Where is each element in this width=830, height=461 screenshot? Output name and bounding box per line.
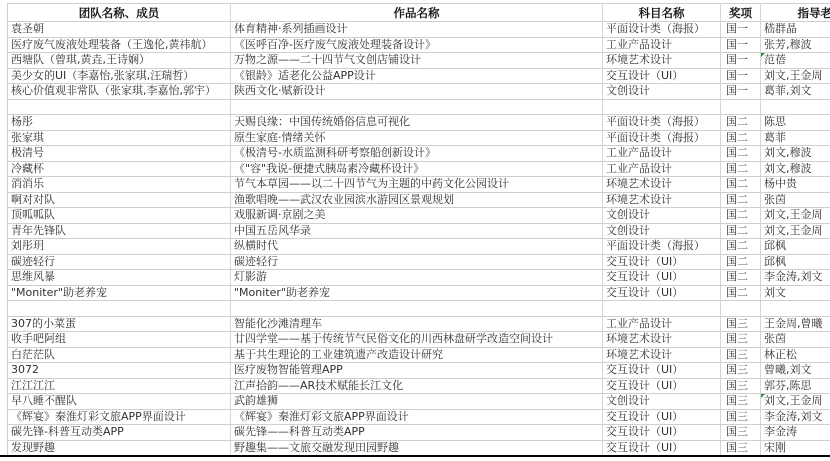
cell-team[interactable]: 冷藏杯 bbox=[8, 161, 231, 177]
spreadsheet-viewport: 团队名称、成员作品名称科目名称奖项指导老师 袁圣朝体育精神·系列插画设计平面设计… bbox=[0, 0, 830, 461]
cell-subject[interactable] bbox=[603, 301, 721, 317]
cell-advisor[interactable]: 范蓓 bbox=[761, 53, 830, 69]
cell-team[interactable]: 啊对对队 bbox=[8, 192, 231, 208]
table-row: 极清号《极清号-水质监测科研考察船创新设计》工业产品设计国二刘文,穆波 bbox=[8, 146, 830, 162]
cell-award[interactable]: 国三 bbox=[721, 394, 761, 410]
table-row: 《辉宴》秦淮灯彩文旅APP界面设计《辉宴》秦淮灯彩文旅APP界面设计交互设计（U… bbox=[8, 409, 830, 425]
cell-award[interactable]: 国一 bbox=[721, 53, 761, 69]
cell-work[interactable]: 廿四学堂——基于传统节气民俗文化的川西林盘研学改造空间设计 bbox=[231, 332, 603, 348]
cell-team[interactable]: 《辉宴》秦淮灯彩文旅APP界面设计 bbox=[8, 409, 231, 425]
cell-award[interactable]: 国二 bbox=[721, 208, 761, 224]
cell-subject[interactable]: 文创设计 bbox=[603, 84, 721, 100]
cell-award[interactable]: 国一 bbox=[721, 37, 761, 53]
cell-advisor[interactable]: 刘文,穆波 bbox=[761, 161, 830, 177]
cell-award[interactable]: 国二 bbox=[721, 192, 761, 208]
cell-advisor[interactable]: 邱枫 bbox=[761, 254, 830, 270]
cell-subject[interactable]: 交互设计（UI） bbox=[603, 254, 721, 270]
cell-subject[interactable]: 平面设计类（海报） bbox=[603, 239, 721, 255]
cell-advisor[interactable] bbox=[761, 99, 830, 115]
table-row: 碳迹轻行碳迹轻行交互设计（UI）国二邱枫 bbox=[8, 254, 830, 270]
cell-team[interactable]: 白茫茫队 bbox=[8, 347, 231, 363]
cell-team[interactable] bbox=[8, 99, 231, 115]
cell-work[interactable] bbox=[231, 301, 603, 317]
cell-award[interactable]: 国二 bbox=[721, 285, 761, 301]
cell-team[interactable]: 收手吧阿组 bbox=[8, 332, 231, 348]
cell-subject[interactable]: 文创设计 bbox=[603, 394, 721, 410]
table-row: 青年先锋队中国五岳风华录文创设计国二刘文,王金周 bbox=[8, 223, 830, 239]
cell-work[interactable]: 万物之源——二十四节气文创店铺设计 bbox=[231, 53, 603, 69]
cell-team[interactable]: "Moniter"助老养宠 bbox=[8, 285, 231, 301]
cell-work[interactable]: 体育精神·系列插画设计 bbox=[231, 22, 603, 38]
cell-advisor[interactable] bbox=[761, 301, 830, 317]
cell-subject[interactable]: 交互设计（UI） bbox=[603, 68, 721, 84]
cell-advisor[interactable]: 郭芬,陈思 bbox=[761, 378, 830, 394]
table-row: 顶呱呱队戏服新调·京剧之美文创设计国二刘文,王金周 bbox=[8, 208, 830, 224]
cell-award[interactable]: 国三 bbox=[721, 409, 761, 425]
cell-advisor[interactable]: 刘文,王金周 bbox=[761, 68, 830, 84]
cell-award[interactable]: 国二 bbox=[721, 161, 761, 177]
table-row: 啊对对队渔歌唱晚——武汉农业园滨水游园区景观规划环境艺术设计国二张茵 bbox=[8, 192, 830, 208]
cell-work[interactable]: 《银龄》适老化公益APP设计 bbox=[231, 68, 603, 84]
cell-work[interactable]: 医疗废物智能管理APP bbox=[231, 363, 603, 379]
cell-work[interactable]: 《医呼百净-医疗废气废液处理装备设计》 bbox=[231, 37, 603, 53]
header-cell-award[interactable]: 奖项 bbox=[721, 4, 761, 22]
table-row: 西塘队（曾琪,黄垚,王诗娴）万物之源——二十四节气文创店铺设计环境艺术设计国一范… bbox=[8, 53, 830, 69]
table-row: 消消乐节气本草园——以二十四节气为主题的中药文化公园设计环境艺术设计国二杨中贵 bbox=[8, 177, 830, 193]
cell-advisor[interactable]: 刘文,穆波 bbox=[761, 146, 830, 162]
cell-subject[interactable]: 交互设计（UI） bbox=[603, 270, 721, 286]
cell-award[interactable]: 国三 bbox=[721, 332, 761, 348]
table-body: 袁圣朝体育精神·系列插画设计平面设计类（海报）国一嵇群晶医疗废气废液处理装备（王… bbox=[8, 22, 830, 456]
table-row: 张家琪原生家庭·情绪关怀平面设计类（海报）国二葛菲 bbox=[8, 130, 830, 146]
cell-advisor[interactable]: 张茵 bbox=[761, 192, 830, 208]
empty-row bbox=[8, 99, 830, 115]
cell-team[interactable]: 碳先锋-科普互动类APP bbox=[8, 425, 231, 441]
cell-team[interactable]: 刘彤玥 bbox=[8, 239, 231, 255]
cell-team[interactable]: 美少女的UI（李嘉怡,张家琪,汪瑞哲） bbox=[8, 68, 231, 84]
cell-team[interactable]: 发现野趣 bbox=[8, 440, 231, 456]
cell-advisor[interactable]: 葛菲 bbox=[761, 130, 830, 146]
cell-advisor[interactable]: 陈思 bbox=[761, 115, 830, 131]
cell-team[interactable]: 张家琪 bbox=[8, 130, 231, 146]
cell-work[interactable]: 野趣集——文旅交融发现田园野趣 bbox=[231, 440, 603, 456]
cell-team[interactable]: 青年先锋队 bbox=[8, 223, 231, 239]
cell-award[interactable]: 国二 bbox=[721, 254, 761, 270]
cell-award[interactable]: 国一 bbox=[721, 84, 761, 100]
table-row: "Moniter"助老养宠"Moniter"助老养宠交互设计（UI）国二刘文 bbox=[8, 285, 830, 301]
cell-advisor[interactable]: 王金周,曾曦 bbox=[761, 316, 830, 332]
cell-subject[interactable]: 工业产品设计 bbox=[603, 37, 721, 53]
cell-team[interactable]: 杨彤 bbox=[8, 115, 231, 131]
cell-subject[interactable]: 环境艺术设计 bbox=[603, 53, 721, 69]
cell-subject[interactable]: 交互设计（UI） bbox=[603, 363, 721, 379]
cell-advisor[interactable]: 张茵 bbox=[761, 332, 830, 348]
cell-award[interactable]: 国三 bbox=[721, 347, 761, 363]
cell-award[interactable]: 国三 bbox=[721, 425, 761, 441]
cell-work[interactable]: "Moniter"助老养宠 bbox=[231, 285, 603, 301]
cell-subject[interactable]: 平面设计类（海报） bbox=[603, 115, 721, 131]
header-cell-advisor[interactable]: 指导老师 bbox=[761, 4, 830, 22]
table-row: 核心价值观非常队（张家琪,李嘉怡,郭宇）陕西文化·赋新设计文创设计国一葛菲,刘文 bbox=[8, 84, 830, 100]
bottom-border-line bbox=[0, 455, 830, 457]
table-row: 307的小菜蛋智能化沙滩清理车工业产品设计国三王金周,曾曦 bbox=[8, 316, 830, 332]
cell-team[interactable]: 顶呱呱队 bbox=[8, 208, 231, 224]
cell-work[interactable]: 渔歌唱晚——武汉农业园滨水游园区景观规划 bbox=[231, 192, 603, 208]
cell-work[interactable]: 武韵雄狮 bbox=[231, 394, 603, 410]
cell-subject[interactable]: 交互设计（UI） bbox=[603, 425, 721, 441]
cell-subject[interactable] bbox=[603, 99, 721, 115]
cell-subject[interactable]: 交互设计（UI） bbox=[603, 440, 721, 456]
cell-advisor[interactable]: 葛菲,刘文 bbox=[761, 84, 830, 100]
cell-award[interactable]: 国二 bbox=[721, 146, 761, 162]
table-row: 3072医疗废物智能管理APP交互设计（UI）国三曾曦,刘文 bbox=[8, 363, 830, 379]
empty-row bbox=[8, 301, 830, 317]
cell-work[interactable]: 节气本草园——以二十四节气为主题的中药文化公园设计 bbox=[231, 177, 603, 193]
cell-subject[interactable]: 工业产品设计 bbox=[603, 146, 721, 162]
cell-award[interactable]: 国二 bbox=[721, 130, 761, 146]
cell-work[interactable]: 天赐良缘：中国传统婚俗信息可视化 bbox=[231, 115, 603, 131]
cell-work[interactable]: 《辉宴》秦淮灯彩文旅APP界面设计 bbox=[231, 409, 603, 425]
cell-work[interactable]: 基于共生理论的工业建筑遗产改造设计研究 bbox=[231, 347, 603, 363]
cell-advisor[interactable]: 曾曦,刘文 bbox=[761, 363, 830, 379]
cell-work[interactable]: 《"容"我说-便捷式胰岛素冷藏杯设计》 bbox=[231, 161, 603, 177]
cell-error-marker-icon bbox=[761, 53, 765, 57]
cell-work[interactable]: 碳迹轻行 bbox=[231, 254, 603, 270]
cell-award[interactable]: 国二 bbox=[721, 239, 761, 255]
cell-subject[interactable]: 环境艺术设计 bbox=[603, 332, 721, 348]
table-row: 杨彤天赐良缘：中国传统婚俗信息可视化平面设计类（海报）国二陈思 bbox=[8, 115, 830, 131]
table-row: 冷藏杯《"容"我说-便捷式胰岛素冷藏杯设计》工业产品设计国二刘文,穆波 bbox=[8, 161, 830, 177]
cell-advisor[interactable]: 嵇群晶 bbox=[761, 22, 830, 38]
cell-subject[interactable]: 文创设计 bbox=[603, 208, 721, 224]
cell-team[interactable]: 袁圣朝 bbox=[8, 22, 231, 38]
cell-team[interactable] bbox=[8, 301, 231, 317]
cell-subject[interactable]: 文创设计 bbox=[603, 223, 721, 239]
cell-award[interactable] bbox=[721, 301, 761, 317]
cell-advisor[interactable]: 林正松 bbox=[761, 347, 830, 363]
cell-award[interactable]: 国三 bbox=[721, 440, 761, 456]
cell-work[interactable] bbox=[231, 99, 603, 115]
cell-team[interactable]: 核心价值观非常队（张家琪,李嘉怡,郭宇） bbox=[8, 84, 231, 100]
cell-team[interactable]: 碳迹轻行 bbox=[8, 254, 231, 270]
table-row: 思维风暴灯影游交互设计（UI）国二李金涛,刘文 bbox=[8, 270, 830, 286]
cell-work[interactable]: 江声拾韵——AR技术赋能长江文化 bbox=[231, 378, 603, 394]
cell-award[interactable]: 国二 bbox=[721, 270, 761, 286]
header-row: 团队名称、成员作品名称科目名称奖项指导老师 bbox=[8, 4, 830, 22]
table-row: 收手吧阿组廿四学堂——基于传统节气民俗文化的川西林盘研学改造空间设计环境艺术设计… bbox=[8, 332, 830, 348]
cell-subject[interactable]: 平面设计类（海报） bbox=[603, 22, 721, 38]
cell-error-marker-icon bbox=[761, 394, 765, 398]
cell-work[interactable]: 陕西文化·赋新设计 bbox=[231, 84, 603, 100]
cell-subject[interactable]: 工业产品设计 bbox=[603, 316, 721, 332]
cell-subject[interactable]: 环境艺术设计 bbox=[603, 177, 721, 193]
cell-team[interactable]: 思维风暴 bbox=[8, 270, 231, 286]
cell-award[interactable]: 国二 bbox=[721, 177, 761, 193]
cell-team[interactable]: 307的小菜蛋 bbox=[8, 316, 231, 332]
cell-work[interactable]: 碳先锋——科普互动类APP bbox=[231, 425, 603, 441]
cell-team[interactable]: 医疗废气废液处理装备（王逸伦,黄祎航） bbox=[8, 37, 231, 53]
cell-team[interactable]: 西塘队（曾琪,黄垚,王诗娴） bbox=[8, 53, 231, 69]
cell-work[interactable]: 纵横时代 bbox=[231, 239, 603, 255]
cell-team[interactable]: 极清号 bbox=[8, 146, 231, 162]
table-row: 碳先锋-科普互动类APP碳先锋——科普互动类APP交互设计（UI）国三李金涛 bbox=[8, 425, 830, 441]
table-row: 美少女的UI（李嘉怡,张家琪,汪瑞哲）《银龄》适老化公益APP设计交互设计（UI… bbox=[8, 68, 830, 84]
cell-work[interactable]: 原生家庭·情绪关怀 bbox=[231, 130, 603, 146]
cell-advisor[interactable]: 邱枫 bbox=[761, 239, 830, 255]
cell-advisor[interactable]: 刘文,王金周 bbox=[761, 208, 830, 224]
cell-award[interactable]: 国三 bbox=[721, 316, 761, 332]
cell-work[interactable]: 戏服新调·京剧之美 bbox=[231, 208, 603, 224]
table-row: 医疗废气废液处理装备（王逸伦,黄祎航）《医呼百净-医疗废气废液处理装备设计》工业… bbox=[8, 37, 830, 53]
cell-team[interactable]: 消消乐 bbox=[8, 177, 231, 193]
table-row: 白茫茫队基于共生理论的工业建筑遗产改造设计研究环境艺术设计国三林正松 bbox=[8, 347, 830, 363]
cell-work[interactable]: 中国五岳风华录 bbox=[231, 223, 603, 239]
cell-advisor[interactable]: 张芳,穆波 bbox=[761, 37, 830, 53]
cell-team[interactable]: 3072 bbox=[8, 363, 231, 379]
cell-subject[interactable]: 环境艺术设计 bbox=[603, 347, 721, 363]
cell-work[interactable]: 《极清号-水质监测科研考察船创新设计》 bbox=[231, 146, 603, 162]
header-cell-work[interactable]: 作品名称 bbox=[231, 4, 603, 22]
cell-award[interactable]: 国一 bbox=[721, 68, 761, 84]
header-cell-team[interactable]: 团队名称、成员 bbox=[8, 4, 231, 22]
cell-award[interactable]: 国二 bbox=[721, 223, 761, 239]
table-row: 早八睡不醒队武韵雄狮文创设计国三刘文,王金周 bbox=[8, 394, 830, 410]
cell-award[interactable]: 国一 bbox=[721, 22, 761, 38]
awards-table: 团队名称、成员作品名称科目名称奖项指导老师 袁圣朝体育精神·系列插画设计平面设计… bbox=[7, 3, 830, 456]
cell-advisor[interactable]: 李金涛,刘文 bbox=[761, 270, 830, 286]
cell-advisor[interactable]: 李金涛,刘文 bbox=[761, 409, 830, 425]
cell-advisor[interactable]: 刘文,王金周 bbox=[761, 394, 830, 410]
cell-award[interactable]: 国三 bbox=[721, 378, 761, 394]
cell-work[interactable]: 智能化沙滩清理车 bbox=[231, 316, 603, 332]
cell-work[interactable]: 灯影游 bbox=[231, 270, 603, 286]
cell-subject[interactable]: 平面设计类（海报） bbox=[603, 130, 721, 146]
cell-award[interactable]: 国二 bbox=[721, 115, 761, 131]
cell-advisor[interactable]: 李金涛 bbox=[761, 425, 830, 441]
table-row: 刘彤玥纵横时代平面设计类（海报）国二邱枫 bbox=[8, 239, 830, 255]
cell-award[interactable]: 国三 bbox=[721, 363, 761, 379]
cell-subject[interactable]: 交互设计（UI） bbox=[603, 409, 721, 425]
table-row: 袁圣朝体育精神·系列插画设计平面设计类（海报）国一嵇群晶 bbox=[8, 22, 830, 38]
table-row: 发现野趣野趣集——文旅交融发现田园野趣交互设计（UI）国三宋刚 bbox=[8, 440, 830, 456]
cell-subject[interactable]: 工业产品设计 bbox=[603, 161, 721, 177]
table-row: 江江江江江声拾韵——AR技术赋能长江文化交互设计（UI）国三郭芬,陈思 bbox=[8, 378, 830, 394]
header-cell-subject[interactable]: 科目名称 bbox=[603, 4, 721, 22]
cell-advisor[interactable]: 刘文,王金周 bbox=[761, 223, 830, 239]
cell-subject[interactable]: 环境艺术设计 bbox=[603, 192, 721, 208]
cell-advisor[interactable]: 刘文 bbox=[761, 285, 830, 301]
cell-team[interactable]: 江江江江 bbox=[8, 378, 231, 394]
cell-subject[interactable]: 交互设计（UI） bbox=[603, 285, 721, 301]
cell-subject[interactable]: 交互设计（UI） bbox=[603, 378, 721, 394]
cell-advisor[interactable]: 杨中贵 bbox=[761, 177, 830, 193]
cell-advisor[interactable]: 宋刚 bbox=[761, 440, 830, 456]
cell-team[interactable]: 早八睡不醒队 bbox=[8, 394, 231, 410]
cell-award[interactable] bbox=[721, 99, 761, 115]
